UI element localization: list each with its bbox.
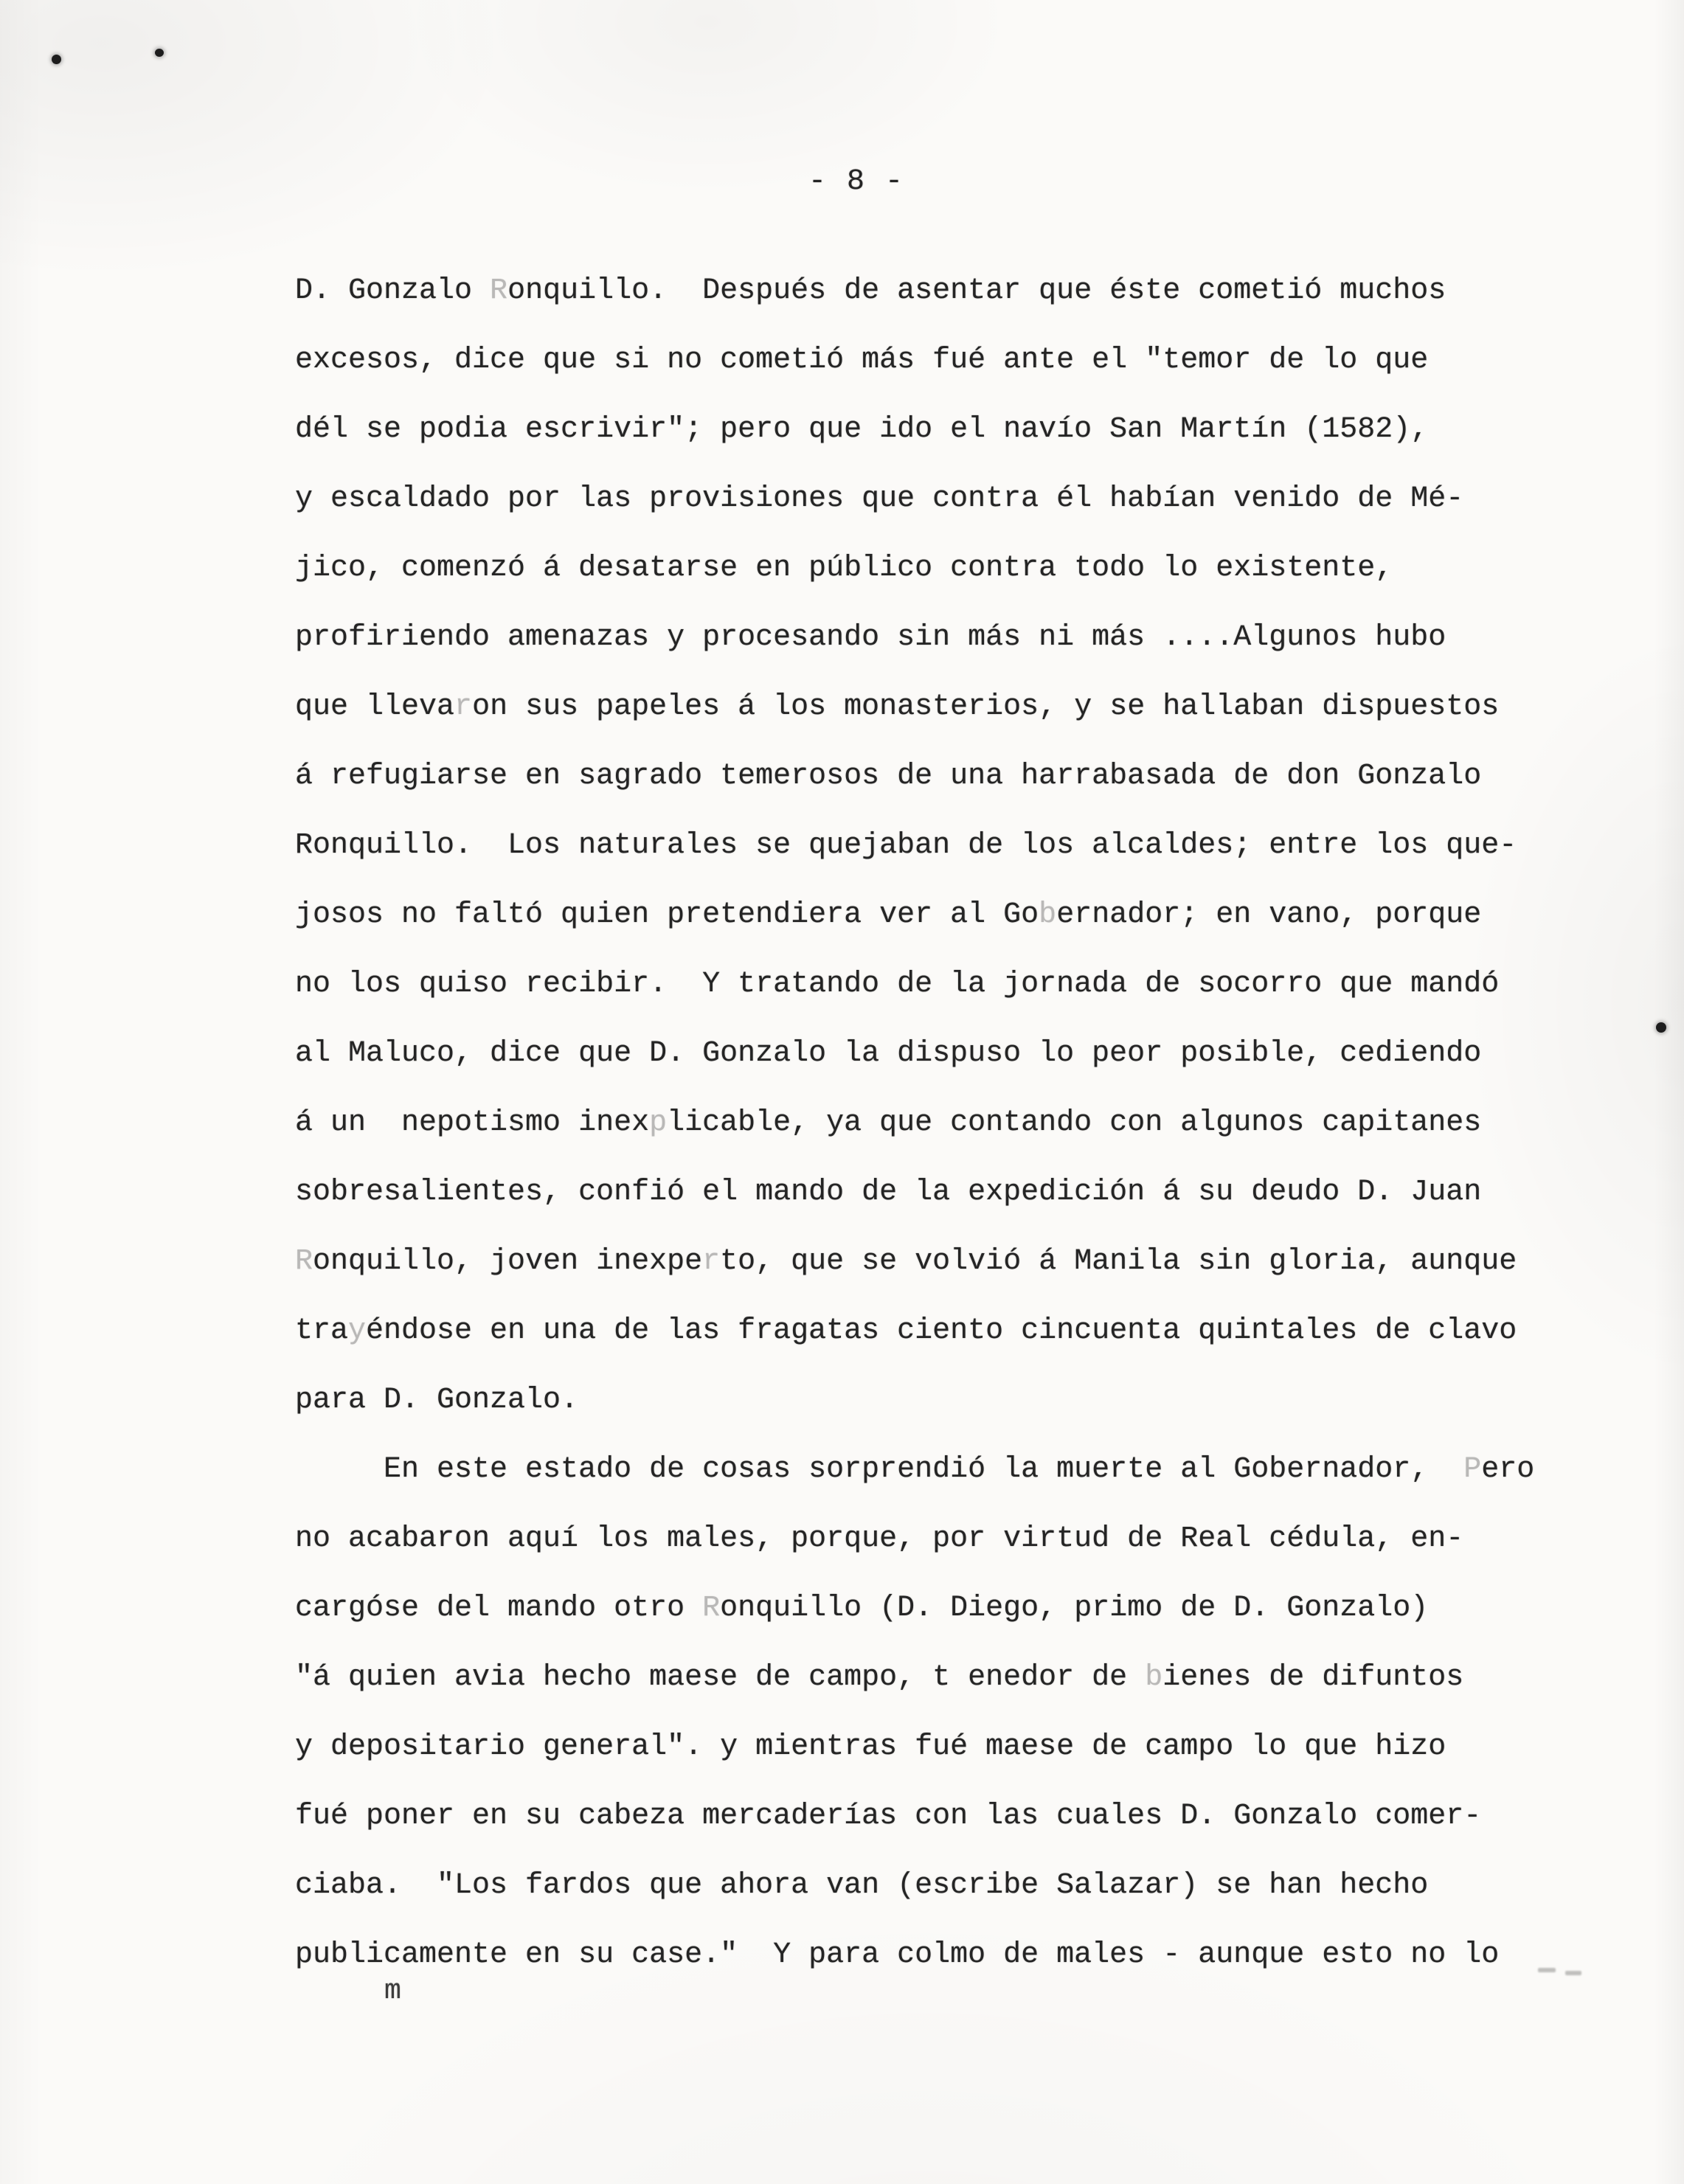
text-line: para D. Gonzalo. bbox=[295, 1366, 1549, 1435]
text-line: fué poner en su cabeza mercaderías con l… bbox=[295, 1782, 1549, 1851]
text-segment: fué poner en su cabeza mercaderías con l… bbox=[295, 1800, 1481, 1833]
text-line: Ronquillo, joven inexperto, que se volvi… bbox=[295, 1227, 1549, 1297]
text-segment: ienes de difuntos bbox=[1162, 1661, 1463, 1694]
document-page: - 8 - D. Gonzalo Ronquillo. Después de a… bbox=[0, 0, 1684, 2184]
text-line: que llevaron sus papeles á los monasteri… bbox=[295, 673, 1549, 742]
text-segment: "á quien avia hecho maese de campo, t en… bbox=[295, 1661, 1145, 1694]
ink-dot bbox=[52, 55, 61, 64]
text-line: D. Gonzalo Ronquillo. Después de asentar… bbox=[295, 257, 1549, 326]
text-line: josos no faltó quien pretendiera ver al … bbox=[295, 881, 1549, 950]
text-segment: no acabaron aquí los males, porque, por … bbox=[295, 1522, 1463, 1556]
page-number: - 8 - bbox=[808, 165, 904, 198]
ink-dot bbox=[155, 49, 164, 57]
text-segment: publicamente en su case." Y para colmo d… bbox=[295, 1938, 1499, 1972]
text-segment: que lleva bbox=[295, 690, 454, 724]
text-line: dél se podia escrivir"; pero que ido el … bbox=[295, 395, 1549, 465]
text-segment: p bbox=[649, 1106, 667, 1140]
document-body: D. Gonzalo Ronquillo. Después de asentar… bbox=[295, 257, 1549, 1990]
text-segment: á refugiarse en sagrado temerosos de una… bbox=[295, 760, 1481, 793]
text-line: trayéndose en una de las fragatas ciento… bbox=[295, 1297, 1549, 1366]
text-segment: En este estado de cosas sorprendió la mu… bbox=[295, 1453, 1463, 1486]
text-line: y escaldado por las provisiones que cont… bbox=[295, 465, 1549, 534]
text-segment: ernador; en vano, porque bbox=[1056, 898, 1481, 932]
text-segment: b bbox=[1145, 1661, 1162, 1694]
text-segment: no los quiso recibir. Y tratando de la j… bbox=[295, 968, 1499, 1001]
text-line: jico, comenzó á desatarse en público con… bbox=[295, 534, 1549, 603]
text-segment: on sus papeles á los monasterios, y se h… bbox=[472, 690, 1499, 724]
text-segment: R bbox=[702, 1592, 720, 1625]
text-segment: r bbox=[702, 1245, 720, 1278]
text-segment: excesos, dice que si no cometió más fué … bbox=[295, 344, 1428, 377]
text-segment: ero bbox=[1481, 1453, 1534, 1486]
text-segment: y depositario general". y mientras fué m… bbox=[295, 1730, 1446, 1764]
text-line: al Maluco, dice que D. Gonzalo la dispus… bbox=[295, 1019, 1549, 1089]
text-line: y depositario general". y mientras fué m… bbox=[295, 1713, 1549, 1782]
text-segment: profiriendo amenazas y procesando sin má… bbox=[295, 621, 1446, 654]
text-segment: tra bbox=[295, 1314, 348, 1348]
text-segment: dél se podia escrivir"; pero que ido el … bbox=[295, 413, 1428, 446]
text-segment: éndose en una de las fragatas ciento cin… bbox=[366, 1314, 1517, 1348]
text-segment: onquillo. Después de asentar que éste co… bbox=[507, 274, 1446, 308]
text-segment: sobresalientes, confió el mando de la ex… bbox=[295, 1176, 1481, 1209]
text-line: profiriendo amenazas y procesando sin má… bbox=[295, 603, 1549, 673]
text-segment: josos no faltó quien pretendiera ver al … bbox=[295, 898, 1039, 932]
text-line: publicamente en su case." Y para colmo d… bbox=[295, 1921, 1549, 1990]
text-line: excesos, dice que si no cometió más fué … bbox=[295, 326, 1549, 395]
text-segment: cargóse del mando otro bbox=[295, 1592, 702, 1625]
text-segment: y escaldado por las provisiones que cont… bbox=[295, 482, 1463, 516]
text-line: á un nepotismo inexplicable, ya que cont… bbox=[295, 1089, 1549, 1158]
text-segment: al Maluco, dice que D. Gonzalo la dispus… bbox=[295, 1037, 1481, 1070]
text-segment: Ronquillo. Los naturales se quejaban de … bbox=[295, 829, 1517, 862]
text-line: á refugiarse en sagrado temerosos de una… bbox=[295, 742, 1549, 811]
text-line: cargóse del mando otro Ronquillo (D. Die… bbox=[295, 1574, 1549, 1643]
text-line: Ronquillo. Los naturales se quejaban de … bbox=[295, 811, 1549, 881]
text-segment: á un nepotismo inex bbox=[295, 1106, 649, 1140]
text-line: no los quiso recibir. Y tratando de la j… bbox=[295, 950, 1549, 1019]
text-line: En este estado de cosas sorprendió la mu… bbox=[295, 1435, 1549, 1505]
text-line: sobresalientes, confió el mando de la ex… bbox=[295, 1158, 1549, 1227]
text-segment: b bbox=[1039, 898, 1056, 932]
text-segment: licable, ya que contando con algunos cap… bbox=[667, 1106, 1481, 1140]
text-line: "á quien avia hecho maese de campo, t en… bbox=[295, 1643, 1549, 1713]
text-segment: para D. Gonzalo. bbox=[295, 1384, 578, 1417]
faint-dash bbox=[1565, 1971, 1581, 1975]
text-segment: R bbox=[490, 274, 507, 308]
text-segment: jico, comenzó á desatarse en público con… bbox=[295, 552, 1393, 585]
text-line: ciaba. "Los fardos que ahora van (escrib… bbox=[295, 1851, 1549, 1921]
text-segment: P bbox=[1463, 1453, 1481, 1486]
text-segment: r bbox=[454, 690, 472, 724]
text-segment: onquillo, joven inexpe bbox=[313, 1245, 702, 1278]
text-line: no acabaron aquí los males, porque, por … bbox=[295, 1505, 1549, 1574]
text-segment: D. Gonzalo bbox=[295, 274, 490, 308]
faint-dash bbox=[1538, 1968, 1556, 1972]
text-segment: onquillo (D. Diego, primo de D. Gonzalo) bbox=[720, 1592, 1428, 1625]
text-segment: y bbox=[348, 1314, 366, 1348]
ink-dot bbox=[1656, 1022, 1666, 1033]
text-segment: to, que se volvió á Manila sin gloria, a… bbox=[720, 1245, 1517, 1278]
text-segment: R bbox=[295, 1245, 313, 1278]
text-segment: ciaba. "Los fardos que ahora van (escrib… bbox=[295, 1869, 1428, 1902]
typed-over-m: m bbox=[384, 1975, 401, 2007]
